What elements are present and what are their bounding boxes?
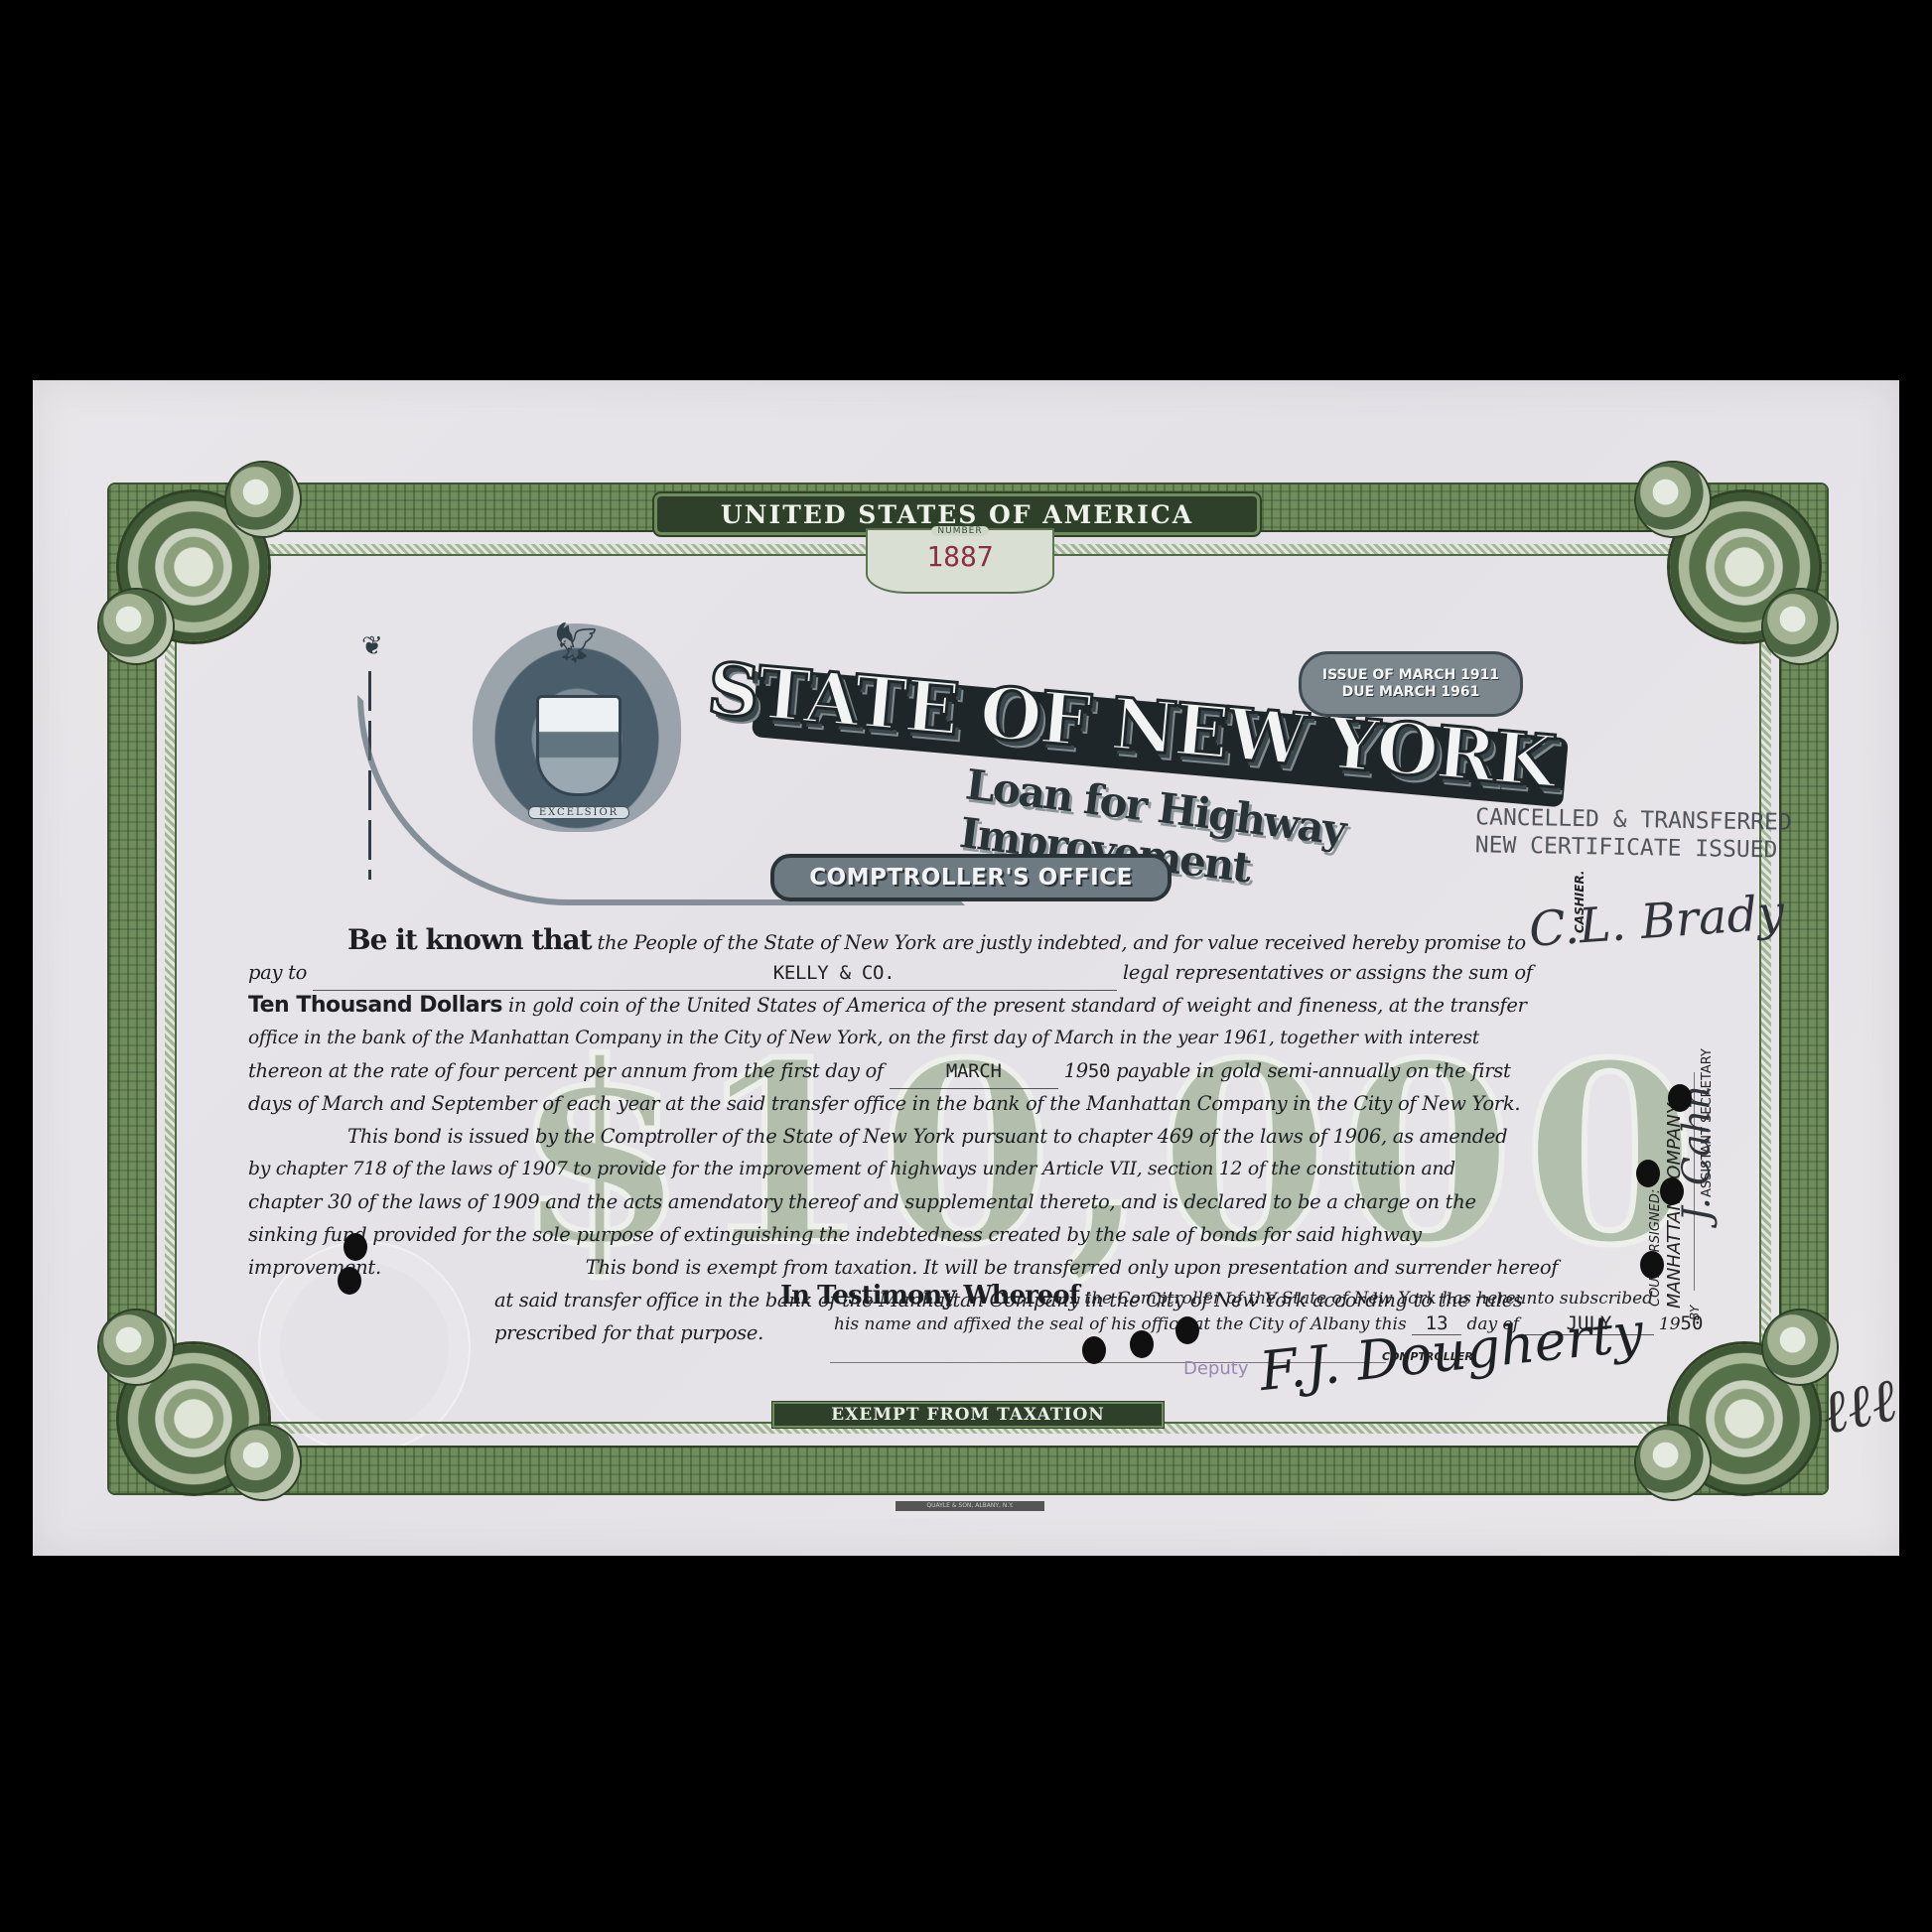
exempt-from-taxation-plate: EXEMPT FROM TAXATION (774, 1404, 1162, 1426)
payee-field: KELLY & CO. (313, 956, 1117, 991)
punch-hole (338, 1267, 361, 1295)
punch-hole (1640, 1251, 1664, 1279)
issue-date: ISSUE OF MARCH 1911 (1322, 667, 1499, 684)
fleuron-ornament-icon: ❦ (361, 633, 383, 659)
corner-scroll-ornament (1763, 1311, 1837, 1384)
punch-hole (1175, 1316, 1199, 1344)
punch-hole (344, 1233, 367, 1261)
punch-hole (1636, 1160, 1660, 1187)
interest-year: 50 (1088, 1060, 1110, 1082)
body-line: improvement. This bond is exempt from ta… (248, 1251, 1623, 1284)
body-line: office in the bank of the Manhattan Comp… (248, 1022, 1623, 1054)
printer-imprint: QUAYLE & SON, ALBANY, N.Y. (896, 1501, 1044, 1511)
corner-scroll-ornament (99, 590, 173, 663)
due-date: DUE MARCH 1961 (1342, 684, 1480, 701)
issue-cartouche: ISSUE OF MARCH 1911 DUE MARCH 1961 (1299, 651, 1523, 717)
punch-hole (1660, 1177, 1684, 1205)
by-label: BY (1688, 1306, 1702, 1320)
body-line: Be it known that the People of the State… (248, 923, 1623, 956)
punch-hole (1130, 1330, 1154, 1358)
corner-scroll-ornament (99, 1311, 173, 1384)
countersigned-label: COUNTERSIGNED: (1648, 1189, 1663, 1307)
testimony-clause: In Testimony Whereof the Comptroller of … (780, 1281, 1653, 1311)
amount-in-words: Ten Thousand Dollars (248, 993, 502, 1018)
corner-scroll-ornament (226, 1426, 300, 1499)
body-line: chapter 30 of the laws of 1909 and the a… (248, 1185, 1623, 1218)
serial-number: 1887 (926, 540, 993, 573)
corner-scroll-ornament (226, 463, 300, 536)
comptroller-office-plate: COMPTROLLER'S OFFICE (770, 854, 1172, 901)
punch-hole (1668, 1084, 1692, 1112)
comptroller-label: COMPTROLLER. (1382, 1350, 1477, 1363)
seal-motto: EXCELSIOR (528, 806, 629, 819)
countersignature-block: CASHIER. (1688, 496, 1807, 933)
interest-line: thereon at the rate of four percent per … (248, 1054, 1623, 1087)
serial-number-shield: NUMBER 1887 (866, 528, 1054, 594)
testimony-heading: In Testimony Whereof (780, 1281, 1079, 1311)
seal-shield (536, 695, 621, 796)
body-line: Ten Thousand Dollars in gold coin of the… (248, 989, 1623, 1022)
interest-month: MARCH (946, 1060, 1002, 1082)
cashier-label: CASHIER. (1573, 871, 1587, 933)
body-line: This bond is issued by the Comptroller o… (248, 1120, 1623, 1153)
opening-phrase: Be it known that (347, 923, 592, 956)
country-banner-text: UNITED STATES OF AMERICA (721, 500, 1193, 529)
punch-hole (1082, 1336, 1106, 1364)
eagle-icon: 🦅︎ (551, 620, 602, 666)
body-line: sinking fund provided for the sole purpo… (248, 1218, 1623, 1251)
serial-number-label: NUMBER (931, 526, 988, 536)
payee-name: KELLY & CO. (773, 962, 896, 984)
body-line: by chapter 718 of the laws of 1907 to pr… (248, 1153, 1623, 1185)
deputy-stamp: Deputy (1183, 1358, 1248, 1379)
body-line: days of March and September of each year… (248, 1087, 1623, 1120)
payee-line: pay to KELLY & CO. legal representatives… (248, 956, 1623, 989)
comptroller-office-text: COMPTROLLER'S OFFICE (809, 865, 1133, 891)
exempt-text: EXEMPT FROM TAXATION (831, 1405, 1105, 1425)
corner-scroll-ornament (1636, 1426, 1710, 1499)
